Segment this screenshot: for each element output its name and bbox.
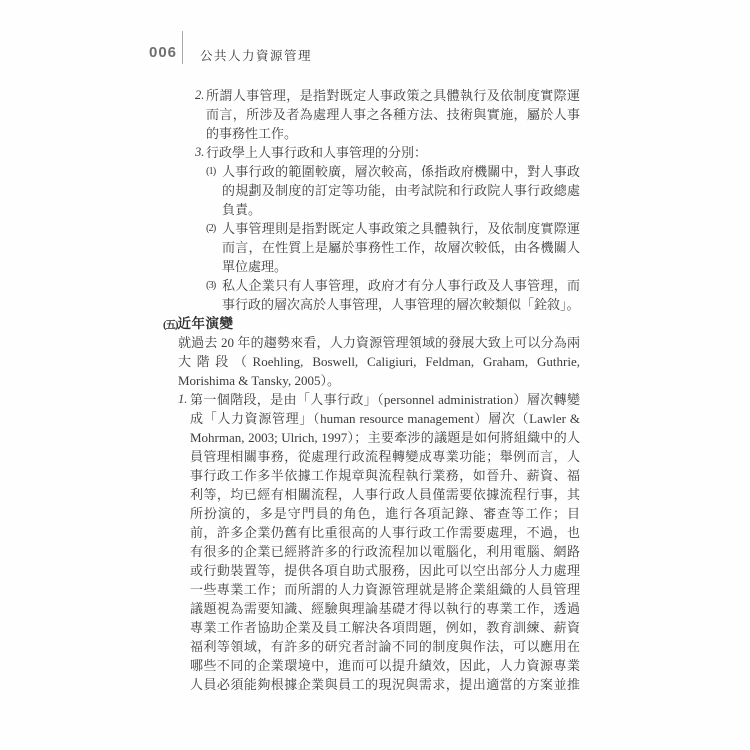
list-marker: 1. [178,390,187,409]
text-line: 人員必須能夠根據企業與員工的現況與需求，提出適當的方案並推 [163,675,580,694]
book-page: 006 公共人力資源管理 2.所謂人事管理，是指對既定人事政策之具體執行及依制度… [0,0,750,750]
text-line: 事行政工作多半依據工作規章與流程執行業務，如晉升、薪資、福 [163,466,580,485]
text-line-content: 事行政的層次高於人事管理，人事管理的層次較類似「銓敘」。 [222,297,580,312]
text-line: 員管理相關事務，從處理行政流程轉變成專業功能；舉例而言，人 [163,447,580,466]
text-line-content: 員管理相關事務，從處理行政流程轉變成專業功能；舉例而言，人 [190,449,580,464]
text-line: 前，許多企業仍舊有比重很高的人事行政工作需要處理，不過，也 [163,523,580,542]
text-line-content: 哪些不同的企業環境中，進而可以提升績效，因此，人力資源專業 [190,658,580,673]
text-line: 有很多的企業已經將許多的行政流程加以電腦化，利用電腦、網路 [163,542,580,561]
text-line-content: 人事行政的範圍較廣，層次較高，係指政府機關中，對人事政策 [222,164,580,181]
text-line-content: 行政學上人事行政和人事管理的分別： [206,145,427,160]
text-line-content: 利等，均已經有相關流程，人事行政人員僅需要依據流程行事，其 [190,487,580,502]
text-line: 福利等領域，有許多的研究者討論不同的制度與作法，可以應用在 [163,637,580,656]
header-divider [182,31,183,64]
text-line-content: Mohrman, 2003; Ulrich, 1997）；主要牽涉的議題是如何將… [190,430,580,445]
text-line-content: 前，許多企業仍舊有比重很高的人事行政工作需要處理，不過，也 [190,525,580,540]
text-line-content: 成「人力資源管理」（human resource management）層次（L… [190,411,580,426]
text-line: 一些專業工作；而所謂的人力資源管理就是將企業組織的人員管理 [163,580,580,599]
text-line: 議題視為需要知識、經驗與理論基礎才得以執行的專業工作，透過 [163,599,580,618]
section-title: 近年演變 [178,316,234,331]
text-line-content: 單位處理。 [222,259,287,274]
text-line-content: 事行政工作多半依據工作規章與流程執行業務，如晉升、薪資、福 [190,468,580,483]
text-line: 所扮演的，多是守門員的角色，進行各項記錄、審查等工作；目 [163,504,580,523]
text-line-content: 一些專業工作；而所謂的人力資源管理就是將企業組織的人員管理 [190,582,580,597]
text-line-content: 人員必須能夠根據企業與員工的現況與需求，提出適當的方案並推 [190,677,580,692]
list-marker: 3. [195,143,204,162]
text-line: 而言，在性質上是屬於事務性工作，故層次較低，由各機關人事 [163,238,580,257]
text-line: 3.行政學上人事行政和人事管理的分別： [163,143,580,162]
text-line: 的規劃及制度的訂定等功能，由考試院和行政院人事行政總處來 [163,181,580,200]
text-line-content: 負責。 [222,202,261,217]
text-line: (1)人事行政的範圍較廣，層次較高，係指政府機關中，對人事政策 [163,162,580,181]
text-line-content: Morishima & Tansky, 2005）。 [178,373,340,388]
book-title: 公共人力資源管理 [200,46,312,64]
text-line: (3)私人企業只有人事管理，政府才有分人事行政及人事管理，而人 [163,276,580,295]
list-marker: (2) [206,219,215,238]
text-line-content: 私人企業只有人事管理，政府才有分人事行政及人事管理，而人 [222,278,580,295]
list-marker: (1) [206,162,215,181]
text-line: 就過去 20 年的趨勢來看，人力資源管理領域的發展大致上可以分為兩 [163,333,580,352]
text-line-content: 專業工作者協助企業及員工解決各項問題，例如，教育訓練、薪資 [190,620,580,635]
text-line: 2.所謂人事管理，是指對既定人事政策之具體執行及依制度實際運用 [163,86,580,105]
text-line: (2)人事管理則是指對既定人事政策之具體執行，及依制度實際運作 [163,219,580,238]
page-content: 2.所謂人事管理，是指對既定人事政策之具體執行及依制度實際運用而言，所涉及者為處… [163,86,580,694]
page-number: 006 [149,44,177,61]
text-line-content: 議題視為需要知識、經驗與理論基礎才得以執行的專業工作，透過 [190,601,580,616]
text-line-content: 人事管理則是指對既定人事政策之具體執行，及依制度實際運作 [222,221,580,238]
text-line-content: 所謂人事管理，是指對既定人事政策之具體執行及依制度實際運用 [206,88,580,105]
text-line: 事行政的層次高於人事管理，人事管理的層次較類似「銓敘」。 [163,295,580,314]
text-line-content: 的規劃及制度的訂定等功能，由考試院和行政院人事行政總處來 [222,183,580,200]
text-line: 而言，所涉及者為處理人事之各種方法、技術與實施，屬於人事上 [163,105,580,124]
text-line-content: 的事務性工作。 [206,126,297,141]
text-line-content: 第一個階段，是由「人事行政」（personnel administration）… [190,392,580,407]
list-marker: 2. [195,86,204,105]
text-line-content: 而言，在性質上是屬於事務性工作，故層次較低，由各機關人事 [222,240,580,257]
page-header: 006 公共人力資源管理 [0,0,750,70]
section-header: (五)近年演變 [163,314,580,333]
text-line: 大階段（Roehling, Boswell, Caligiuri, Feldma… [163,352,580,371]
text-line: 單位處理。 [163,257,580,276]
text-line: 的事務性工作。 [163,124,580,143]
text-line: Mohrman, 2003; Ulrich, 1997）；主要牽涉的議題是如何將… [163,428,580,447]
text-line-content: 或行動裝置等，提供各項自助式服務，因此可以空出部分人力處理 [190,563,580,578]
text-line: 專業工作者協助企業及員工解決各項問題，例如，教育訓練、薪資 [163,618,580,637]
text-line-content: 而言，所涉及者為處理人事之各種方法、技術與實施，屬於人事上 [206,107,580,124]
text-line-content: 大階段（Roehling, Boswell, Caligiuri, Feldma… [178,354,580,369]
text-line: 1.第一個階段，是由「人事行政」（personnel administratio… [163,390,580,409]
text-line: 利等，均已經有相關流程，人事行政人員僅需要依據流程行事，其 [163,485,580,504]
text-line: 或行動裝置等，提供各項自助式服務，因此可以空出部分人力處理 [163,561,580,580]
text-line-content: 所扮演的，多是守門員的角色，進行各項記錄、審查等工作；目 [190,506,580,521]
section-marker: (五) [163,320,178,331]
text-line: Morishima & Tansky, 2005）。 [163,371,580,390]
text-line: 哪些不同的企業環境中，進而可以提升績效，因此，人力資源專業 [163,656,580,675]
text-line: 成「人力資源管理」（human resource management）層次（L… [163,409,580,428]
text-line-content: 就過去 20 年的趨勢來看，人力資源管理領域的發展大致上可以分為兩 [178,335,580,350]
list-marker: (3) [206,276,215,295]
text-line-content: 福利等領域，有許多的研究者討論不同的制度與作法，可以應用在 [190,639,580,654]
text-line-content: 有很多的企業已經將許多的行政流程加以電腦化，利用電腦、網路 [190,544,580,559]
text-line: 負責。 [163,200,580,219]
